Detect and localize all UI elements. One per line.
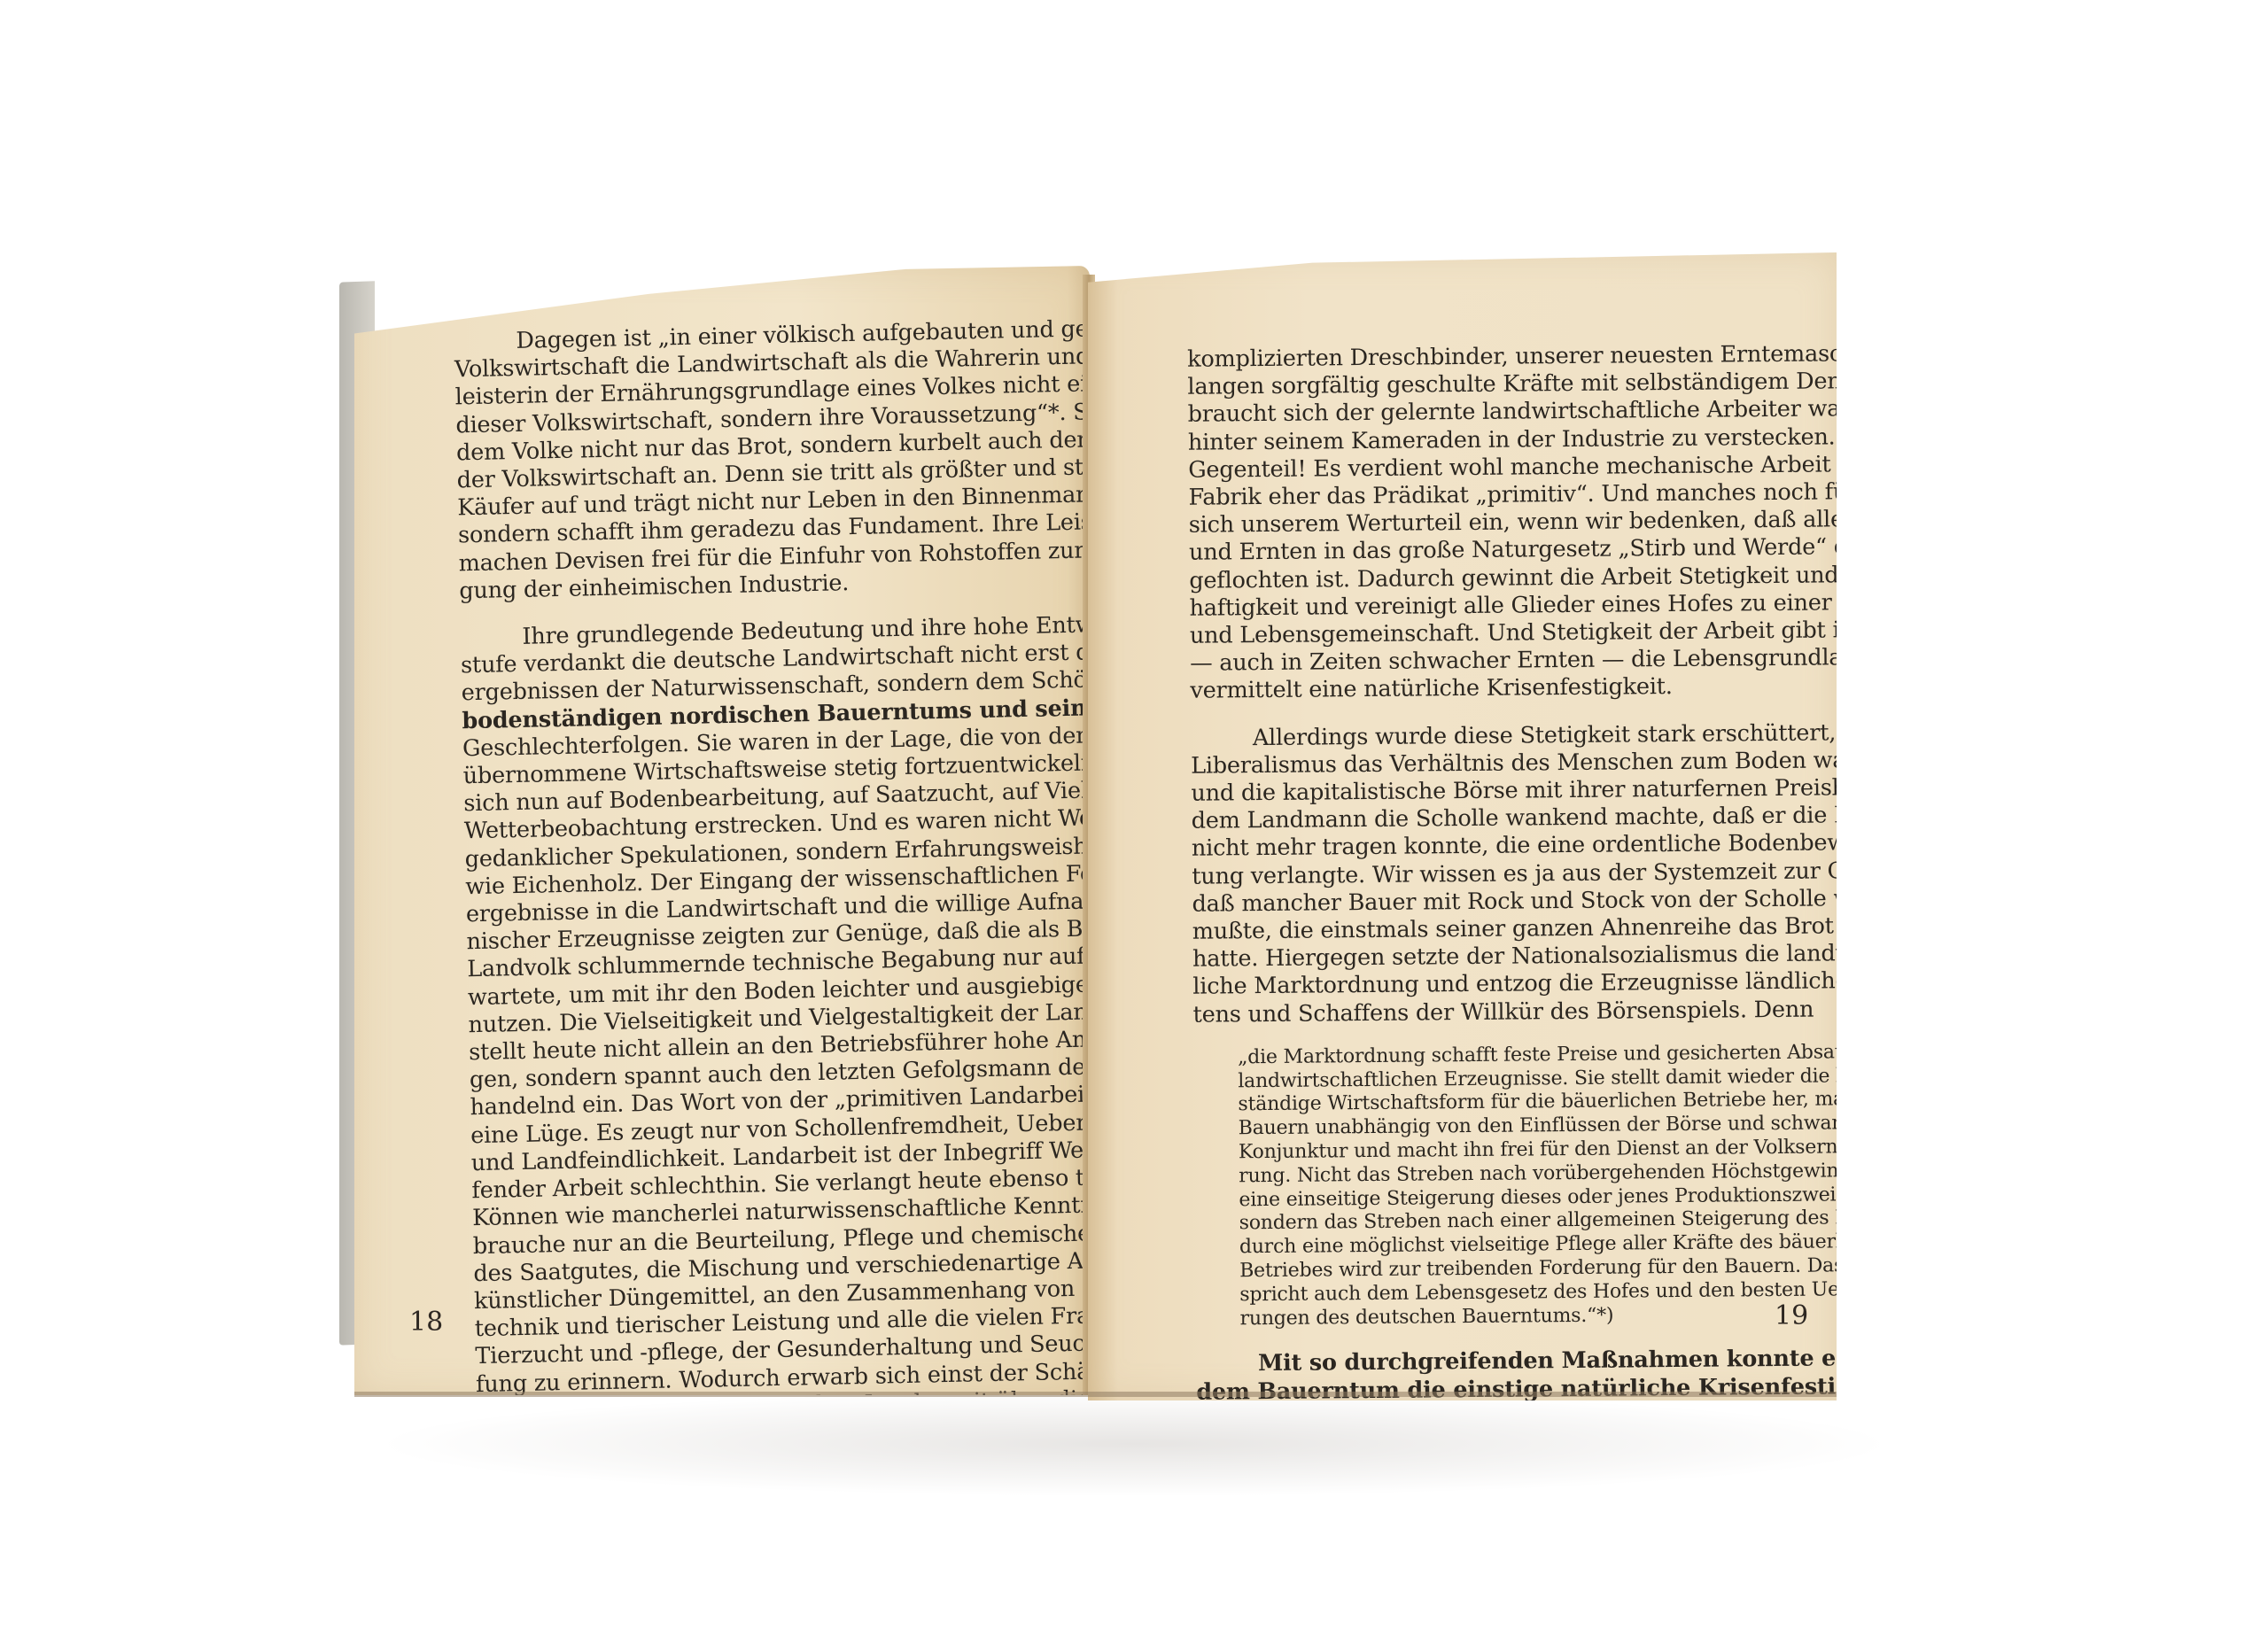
- quote-line: rungen des deutschen Bauerntums.“*): [1239, 1303, 1782, 1331]
- page-number-left: 18: [409, 1307, 443, 1338]
- text-line: vermittelt eine natürliche Krisenfestigk…: [1190, 672, 1776, 705]
- open-booklet: Dagegen ist „in einer völkisch aufgebaut…: [0, 0, 2268, 1637]
- text-line: einfachsten Vielfachgerät bis zum Ackers…: [478, 1497, 1046, 1537]
- right-page: komplizierten Dreschbinder, unserer neue…: [1088, 252, 1837, 1400]
- text-line: braucht sich der gelernte landwirtschaft…: [1188, 396, 1775, 429]
- text-line: tens und Schaffens der Willkür des Börse…: [1192, 997, 1779, 1029]
- book-shadow: [372, 1391, 1896, 1497]
- left-page: Dagegen ist „in einer völkisch aufgebaut…: [354, 266, 1090, 1395]
- footnote-divider: [1198, 1548, 1262, 1551]
- page-stack-bottom-edge: [354, 1392, 1837, 1397]
- right-paragraph-1: komplizierten Dreschbinder, unserer neue…: [1187, 341, 1777, 705]
- footnote: *) Darré a. a. O. S. 65.: [560, 1581, 1048, 1619]
- quote-line: spricht auch dem Lebensgesetz des Hofes …: [1239, 1279, 1782, 1307]
- page-number-right: 19: [1775, 1300, 1808, 1331]
- left-paragraph-1: Dagegen ist „in einer völkisch aufgebaut…: [454, 317, 1026, 605]
- right-paragraph-2: Allerdings wurde diese Stetigkeit stark …: [1191, 720, 1780, 1029]
- footnote: *) Darré a. a. O. S. 305.: [1278, 1569, 1784, 1601]
- block-quote: „die Marktordnung schafft feste Preise u…: [1238, 1042, 1783, 1331]
- footnote-divider: [479, 1567, 568, 1571]
- text-line: — auch in Zeiten schwacher Ernten — die …: [1190, 645, 1776, 678]
